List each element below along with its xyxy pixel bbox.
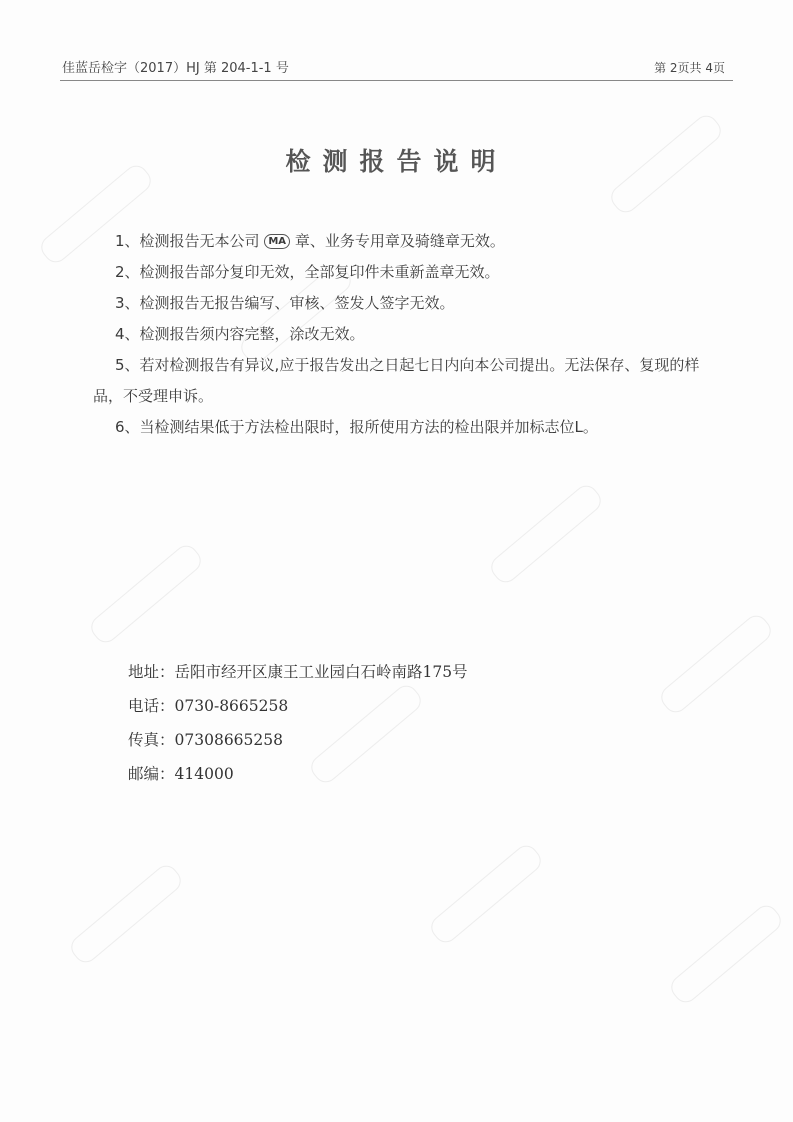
watermark bbox=[666, 901, 785, 1007]
postcode-label: 邮编： bbox=[128, 765, 175, 783]
fax-row: 传真：07308665258 bbox=[128, 723, 468, 757]
page-title: 检测报告说明 bbox=[0, 142, 793, 178]
address-value: 岳阳市经开区康王工业园白石岭南路175号 bbox=[175, 663, 468, 681]
address-label: 地址： bbox=[128, 663, 175, 681]
note-item: 1、检测报告无本公司 MA 章、业务专用章及骑缝章无效。 bbox=[93, 226, 723, 257]
note-item: 4、检测报告须内容完整，涂改无效。 bbox=[93, 319, 723, 350]
note-text: 章、业务专用章及骑缝章无效。 bbox=[295, 232, 505, 250]
note-item: 5、若对检测报告有异议,应于报告发出之日起七日内向本公司提出。无法保存、复现的样… bbox=[93, 350, 723, 412]
note-item: 6、当检测结果低于方法检出限时，报所使用方法的检出限并加标志位L。 bbox=[93, 412, 723, 443]
cma-mark-icon: MA bbox=[264, 234, 290, 249]
phone-value: 0730-8665258 bbox=[175, 697, 289, 715]
watermark bbox=[66, 861, 185, 967]
fax-value: 07308665258 bbox=[175, 731, 283, 749]
address-row: 地址：岳阳市经开区康王工业园白石岭南路175号 bbox=[128, 655, 468, 689]
note-item: 3、检测报告无报告编写、审核、签发人签字无效。 bbox=[93, 288, 723, 319]
header-divider bbox=[60, 80, 733, 81]
phone-row: 电话：0730-8665258 bbox=[128, 689, 468, 723]
watermark bbox=[86, 541, 205, 647]
doc-number: 佳蓝岳检字（2017）HJ 第 204-1-1 号 bbox=[62, 57, 289, 76]
watermark bbox=[486, 481, 605, 587]
contact-info: 地址：岳阳市经开区康王工业园白石岭南路175号 电话：0730-8665258 … bbox=[128, 655, 468, 791]
watermark bbox=[426, 841, 545, 947]
note-text: 1、检测报告无本公司 bbox=[115, 232, 260, 250]
postcode-value: 414000 bbox=[175, 765, 234, 783]
note-item: 2、检测报告部分复印无效，全部复印件未重新盖章无效。 bbox=[93, 257, 723, 288]
notes-list: 1、检测报告无本公司 MA 章、业务专用章及骑缝章无效。 2、检测报告部分复印无… bbox=[93, 226, 723, 443]
watermark bbox=[656, 611, 775, 717]
page-info: 第 2页共 4页 bbox=[654, 59, 725, 76]
phone-label: 电话： bbox=[128, 697, 175, 715]
postcode-row: 邮编：414000 bbox=[128, 757, 468, 791]
fax-label: 传真： bbox=[128, 731, 175, 749]
